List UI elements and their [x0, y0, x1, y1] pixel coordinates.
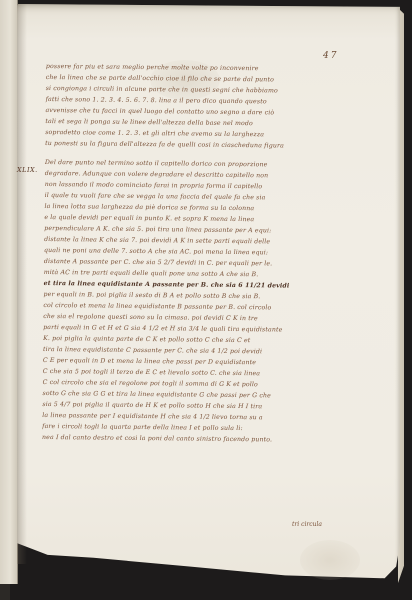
paragraph-2: Del dare punto nel termino sotto il capi… — [42, 157, 325, 446]
manuscript-scan: 47 XLIX. possere far piu et sara meglio … — [0, 0, 412, 600]
manuscript-text: possere far piu et sara meglio perche mo… — [42, 61, 326, 446]
catchword: tri circula — [292, 521, 322, 528]
margin-chapter-number: XLIX. — [17, 166, 38, 174]
folio-number: 47 — [323, 51, 338, 61]
binding-shadow — [0, 584, 10, 600]
gutter-shadow — [17, 4, 27, 564]
paragraph-1: possere far piu et sara meglio perche mo… — [45, 61, 326, 152]
previous-leaf-edge — [0, 0, 18, 584]
paper-stain — [300, 540, 360, 580]
